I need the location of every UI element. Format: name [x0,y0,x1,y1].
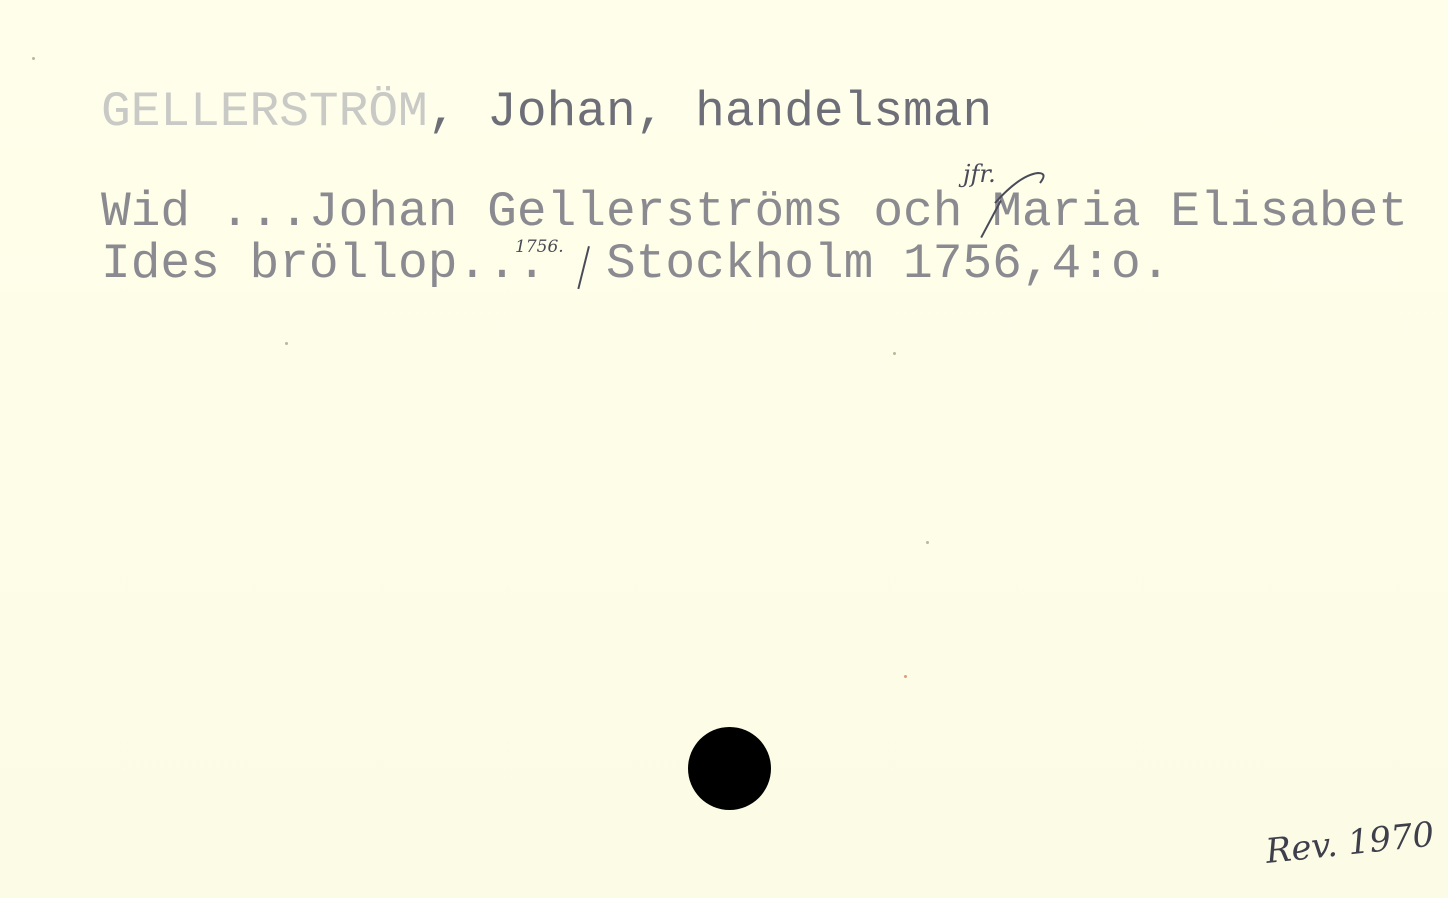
paper-speck [926,541,929,544]
body-line-2: Ides bröllop... Stockholm 1756,4:o. [101,240,1170,290]
body-line-1: Wid ...Johan Gellerströms och Maria Elis… [101,188,1408,238]
paper-speck [32,57,35,60]
card-heading: GELLERSTRÖM, Johan, handelsman [101,88,992,138]
handwritten-curve-mark [990,165,1050,205]
paper-speck [285,342,288,345]
catalog-card: GELLERSTRÖM, Johan, handelsman Wid ...Jo… [0,0,1448,898]
paper-speck [893,352,896,355]
handwritten-revision-note: Rev. 1970 [1264,815,1436,872]
paper-speck [904,675,907,678]
handwritten-year-note: 1756. [515,237,564,257]
punch-hole [688,727,771,810]
heading-surname: GELLERSTRÖM [101,84,428,140]
heading-name-occupation: , Johan, handelsman [428,84,992,140]
